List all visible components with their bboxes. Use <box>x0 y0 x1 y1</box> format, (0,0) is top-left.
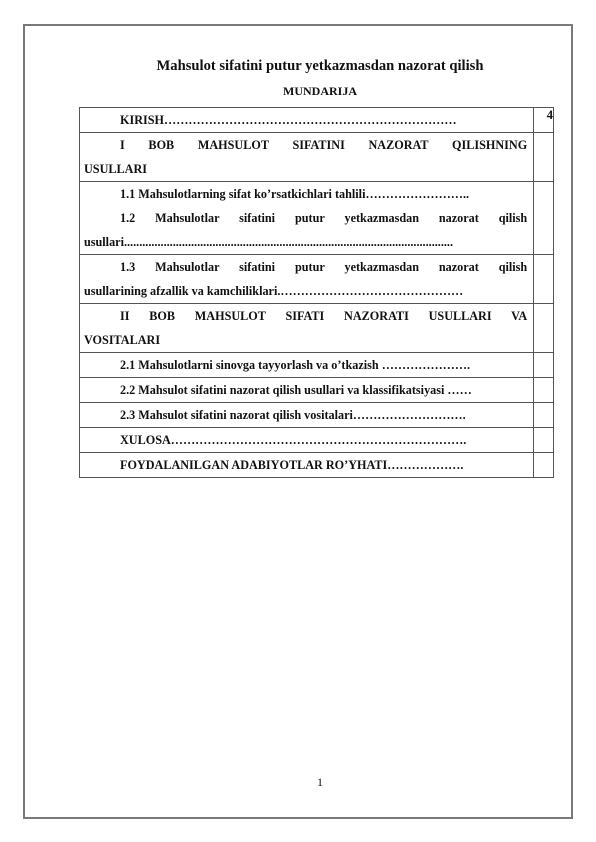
toc-entry-text: usullari................................… <box>84 230 527 254</box>
toc-entry: 2.1 Mahsulotlarni sinovga tayyorlash va … <box>80 353 534 378</box>
toc-entry: 2.3 Mahsulot sifatini nazorat qilish vos… <box>80 403 534 428</box>
toc-entry: II BOB MAHSULOT SIFATI NAZORATI USULLARI… <box>80 304 534 353</box>
toc-entry-text: 2.2 Mahsulot sifatini nazorat qilish usu… <box>84 378 527 402</box>
toc-entry-text: 1.3 Mahsulotlar sifatini putur yetkazmas… <box>84 255 527 279</box>
toc-entry: XULOSA………………………………………………………………. <box>80 428 534 453</box>
toc-entry-text: II BOB MAHSULOT SIFATI NAZORATI USULLARI… <box>84 304 527 328</box>
toc-row-references: FOYDALANILGAN ADABIYOTLAR RO’YHATI………………… <box>80 453 554 478</box>
toc-entry: I BOB MAHSULOT SIFATINI NAZORAT QILISHNI… <box>80 133 534 182</box>
toc-entry: 1.1 Mahsulotlarning sifat ko’rsatkichlar… <box>80 182 534 255</box>
toc-page-number <box>534 428 554 453</box>
toc-row-chapter-2: II BOB MAHSULOT SIFATI NAZORATI USULLARI… <box>80 304 554 353</box>
toc-entry-text: USULLARI <box>84 157 527 181</box>
toc-row-chapter-1: I BOB MAHSULOT SIFATINI NAZORAT QILISHNI… <box>80 133 554 182</box>
toc-page-number <box>534 304 554 353</box>
toc-entry: 1.3 Mahsulotlar sifatini putur yetkazmas… <box>80 255 534 304</box>
toc-entry-text: 1.1 Mahsulotlarning sifat ko’rsatkichlar… <box>84 182 527 206</box>
toc-row-2-3: 2.3 Mahsulot sifatini nazorat qilish vos… <box>80 403 554 428</box>
toc-page-number: 4 <box>534 108 554 133</box>
toc-entry-text: VOSITALARI <box>84 328 527 352</box>
toc-entry-text: 1.2 Mahsulotlar sifatini putur yetkazmas… <box>84 206 527 230</box>
page-number: 1 <box>0 775 596 790</box>
toc-entry: 2.2 Mahsulot sifatini nazorat qilish usu… <box>80 378 534 403</box>
toc-heading: MUNDARIJA <box>0 84 596 99</box>
toc-page-number <box>534 403 554 428</box>
toc-page-number <box>534 182 554 255</box>
toc-page-number <box>534 255 554 304</box>
document-title: Mahsulot sifatini putur yetkazmasdan naz… <box>0 58 596 75</box>
toc-row-2-1: 2.1 Mahsulotlarni sinovga tayyorlash va … <box>80 353 554 378</box>
toc-entry-text: XULOSA………………………………………………………………. <box>84 428 527 452</box>
toc-entry: KIRISH……………………………………………………………… <box>80 108 534 133</box>
toc-page-number <box>534 378 554 403</box>
toc-entry-text: usullarining afzallik va kamchiliklari.…… <box>84 279 527 303</box>
toc-page-number <box>534 353 554 378</box>
toc-row-1-3: 1.3 Mahsulotlar sifatini putur yetkazmas… <box>80 255 554 304</box>
toc-entry: FOYDALANILGAN ADABIYOTLAR RO’YHATI………………… <box>80 453 534 478</box>
toc-entry-text: I BOB MAHSULOT SIFATINI NAZORAT QILISHNI… <box>84 133 527 157</box>
table-of-contents: KIRISH……………………………………………………………… 4 I BOB M… <box>79 107 554 478</box>
toc-entry-text: 2.1 Mahsulotlarni sinovga tayyorlash va … <box>84 353 527 377</box>
toc-row-kirish: KIRISH……………………………………………………………… 4 <box>80 108 554 133</box>
toc-row-xulosa: XULOSA………………………………………………………………. <box>80 428 554 453</box>
toc-row-2-2: 2.2 Mahsulot sifatini nazorat qilish usu… <box>80 378 554 403</box>
toc-entry-text: FOYDALANILGAN ADABIYOTLAR RO’YHATI………………… <box>84 453 527 477</box>
toc-row-1-1-1-2: 1.1 Mahsulotlarning sifat ko’rsatkichlar… <box>80 182 554 255</box>
toc-page-number <box>534 453 554 478</box>
toc-page-number <box>534 133 554 182</box>
toc-entry-text: KIRISH……………………………………………………………… <box>84 108 527 132</box>
toc-entry-text: 2.3 Mahsulot sifatini nazorat qilish vos… <box>84 403 527 427</box>
